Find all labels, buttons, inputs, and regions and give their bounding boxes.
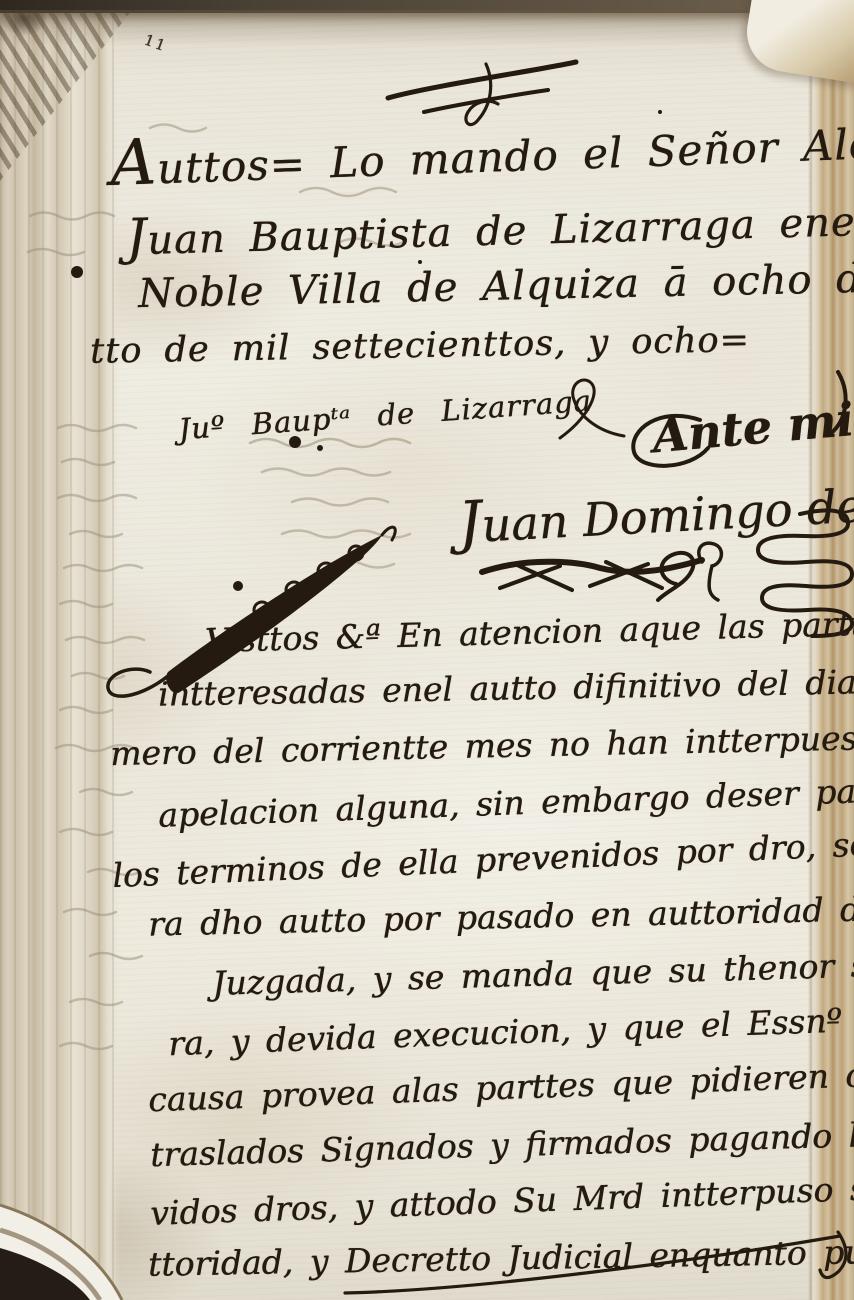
top-edge-stain (0, 10, 854, 46)
manuscript-page: 11 Auttos= Lo mando el Señor Alcalde Jua… (0, 0, 854, 1300)
binding-gutter (0, 0, 120, 1300)
